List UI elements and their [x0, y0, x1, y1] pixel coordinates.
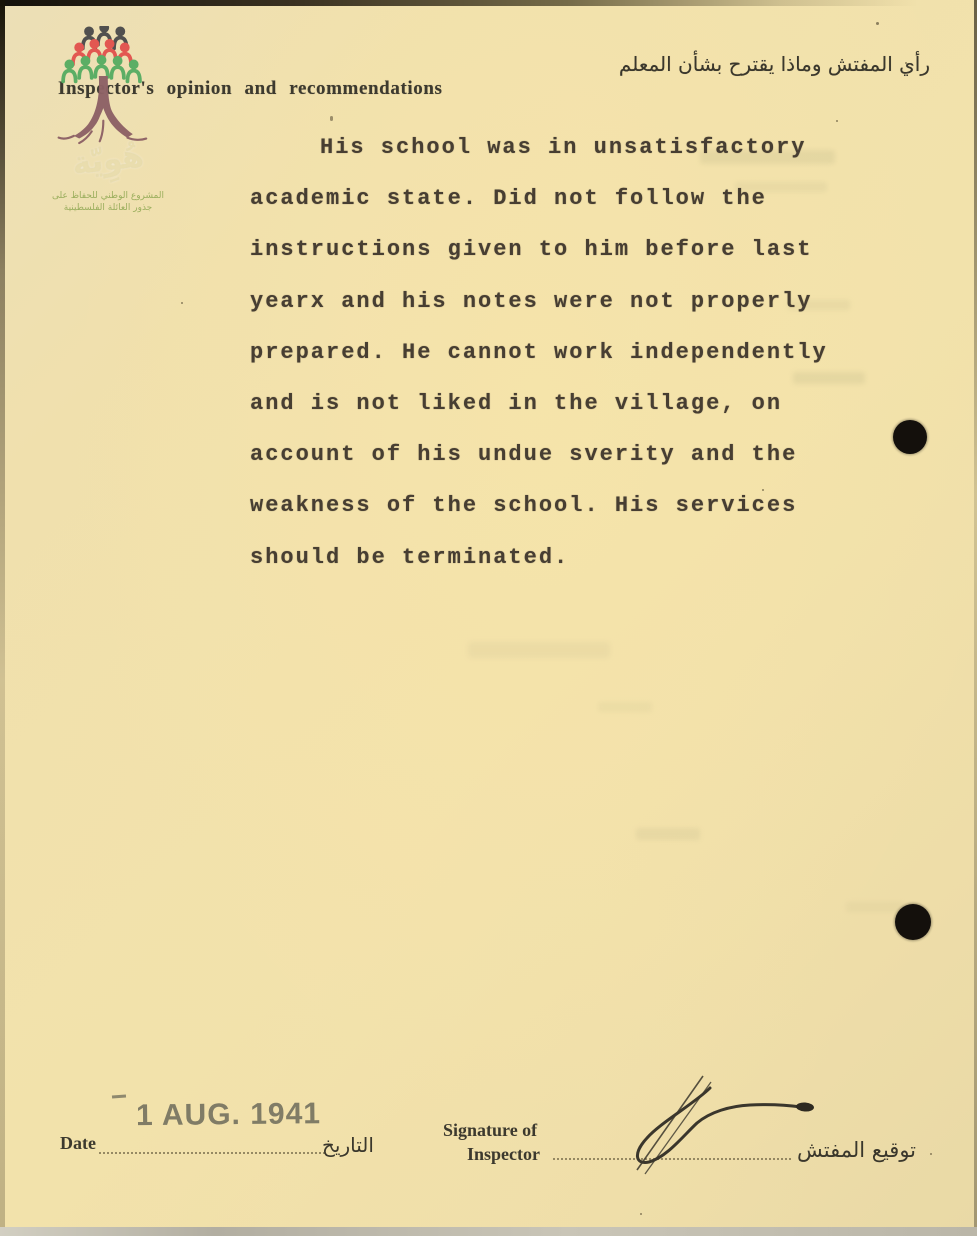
signature-label-english: Signature of Inspector	[443, 1118, 540, 1166]
archive-watermark-logo: هُوِيّة المشروع الوطني للحفاظ على جذور ا…	[42, 26, 174, 226]
date-label-english: Date	[60, 1133, 96, 1154]
logo-tagline-line2: جذور العائلة الفلسطينية	[42, 202, 174, 214]
typewritten-report-paragraph: His school was in unsatisfactory academi…	[250, 122, 850, 583]
inspector-signature	[615, 1068, 835, 1183]
report-line: instructions given to him before last	[250, 224, 850, 275]
report-line: academic state. Did not follow the	[250, 173, 850, 224]
date-stamp: 1 AUG. 1941	[136, 1097, 346, 1133]
dust-speck	[930, 1153, 932, 1155]
bleed-through-mark	[846, 902, 904, 912]
logo-tagline-line1: المشروع الوطني للحفاظ على	[42, 190, 174, 202]
hole-punch-top	[893, 420, 927, 454]
page-title-arabic: رأي المفتش وماذا يقترح بشأن المعلم	[619, 52, 930, 76]
date-label-arabic: التاريخ	[322, 1133, 374, 1157]
report-line: prepared. He cannot work independently	[250, 327, 850, 378]
scanned-document-page: Inspector's opinion and recommendations …	[0, 0, 977, 1236]
dust-speck	[181, 302, 183, 304]
signature-label-arabic: توقيع المفتش	[797, 1138, 916, 1162]
ink-speck	[330, 116, 333, 121]
signature-label-line2: Inspector	[443, 1142, 540, 1166]
report-line: weakness of the school. His services	[250, 480, 850, 531]
report-line: account of his undue sverity and the	[250, 429, 850, 480]
bleed-through-mark	[636, 828, 700, 840]
scan-edge-bottom	[0, 1227, 977, 1236]
report-line: His school was in unsatisfactory	[250, 122, 850, 173]
hole-punch-bottom	[895, 904, 931, 940]
scan-edge-left	[0, 0, 5, 1236]
signature-label-line1: Signature of	[443, 1118, 540, 1142]
logo-tagline: المشروع الوطني للحفاظ على جذور العائلة ا…	[42, 190, 174, 214]
bleed-through-mark	[468, 642, 610, 658]
report-line: yearx and his notes were not properly	[250, 276, 850, 327]
scan-edge-top	[0, 0, 977, 6]
report-line: should be terminated.	[250, 532, 850, 583]
report-line: and is not liked in the village, on	[250, 378, 850, 429]
bleed-through-mark	[598, 702, 652, 712]
dust-speck	[640, 1213, 642, 1215]
stamp-edge-mark	[112, 1095, 126, 1099]
dust-speck	[876, 22, 879, 25]
